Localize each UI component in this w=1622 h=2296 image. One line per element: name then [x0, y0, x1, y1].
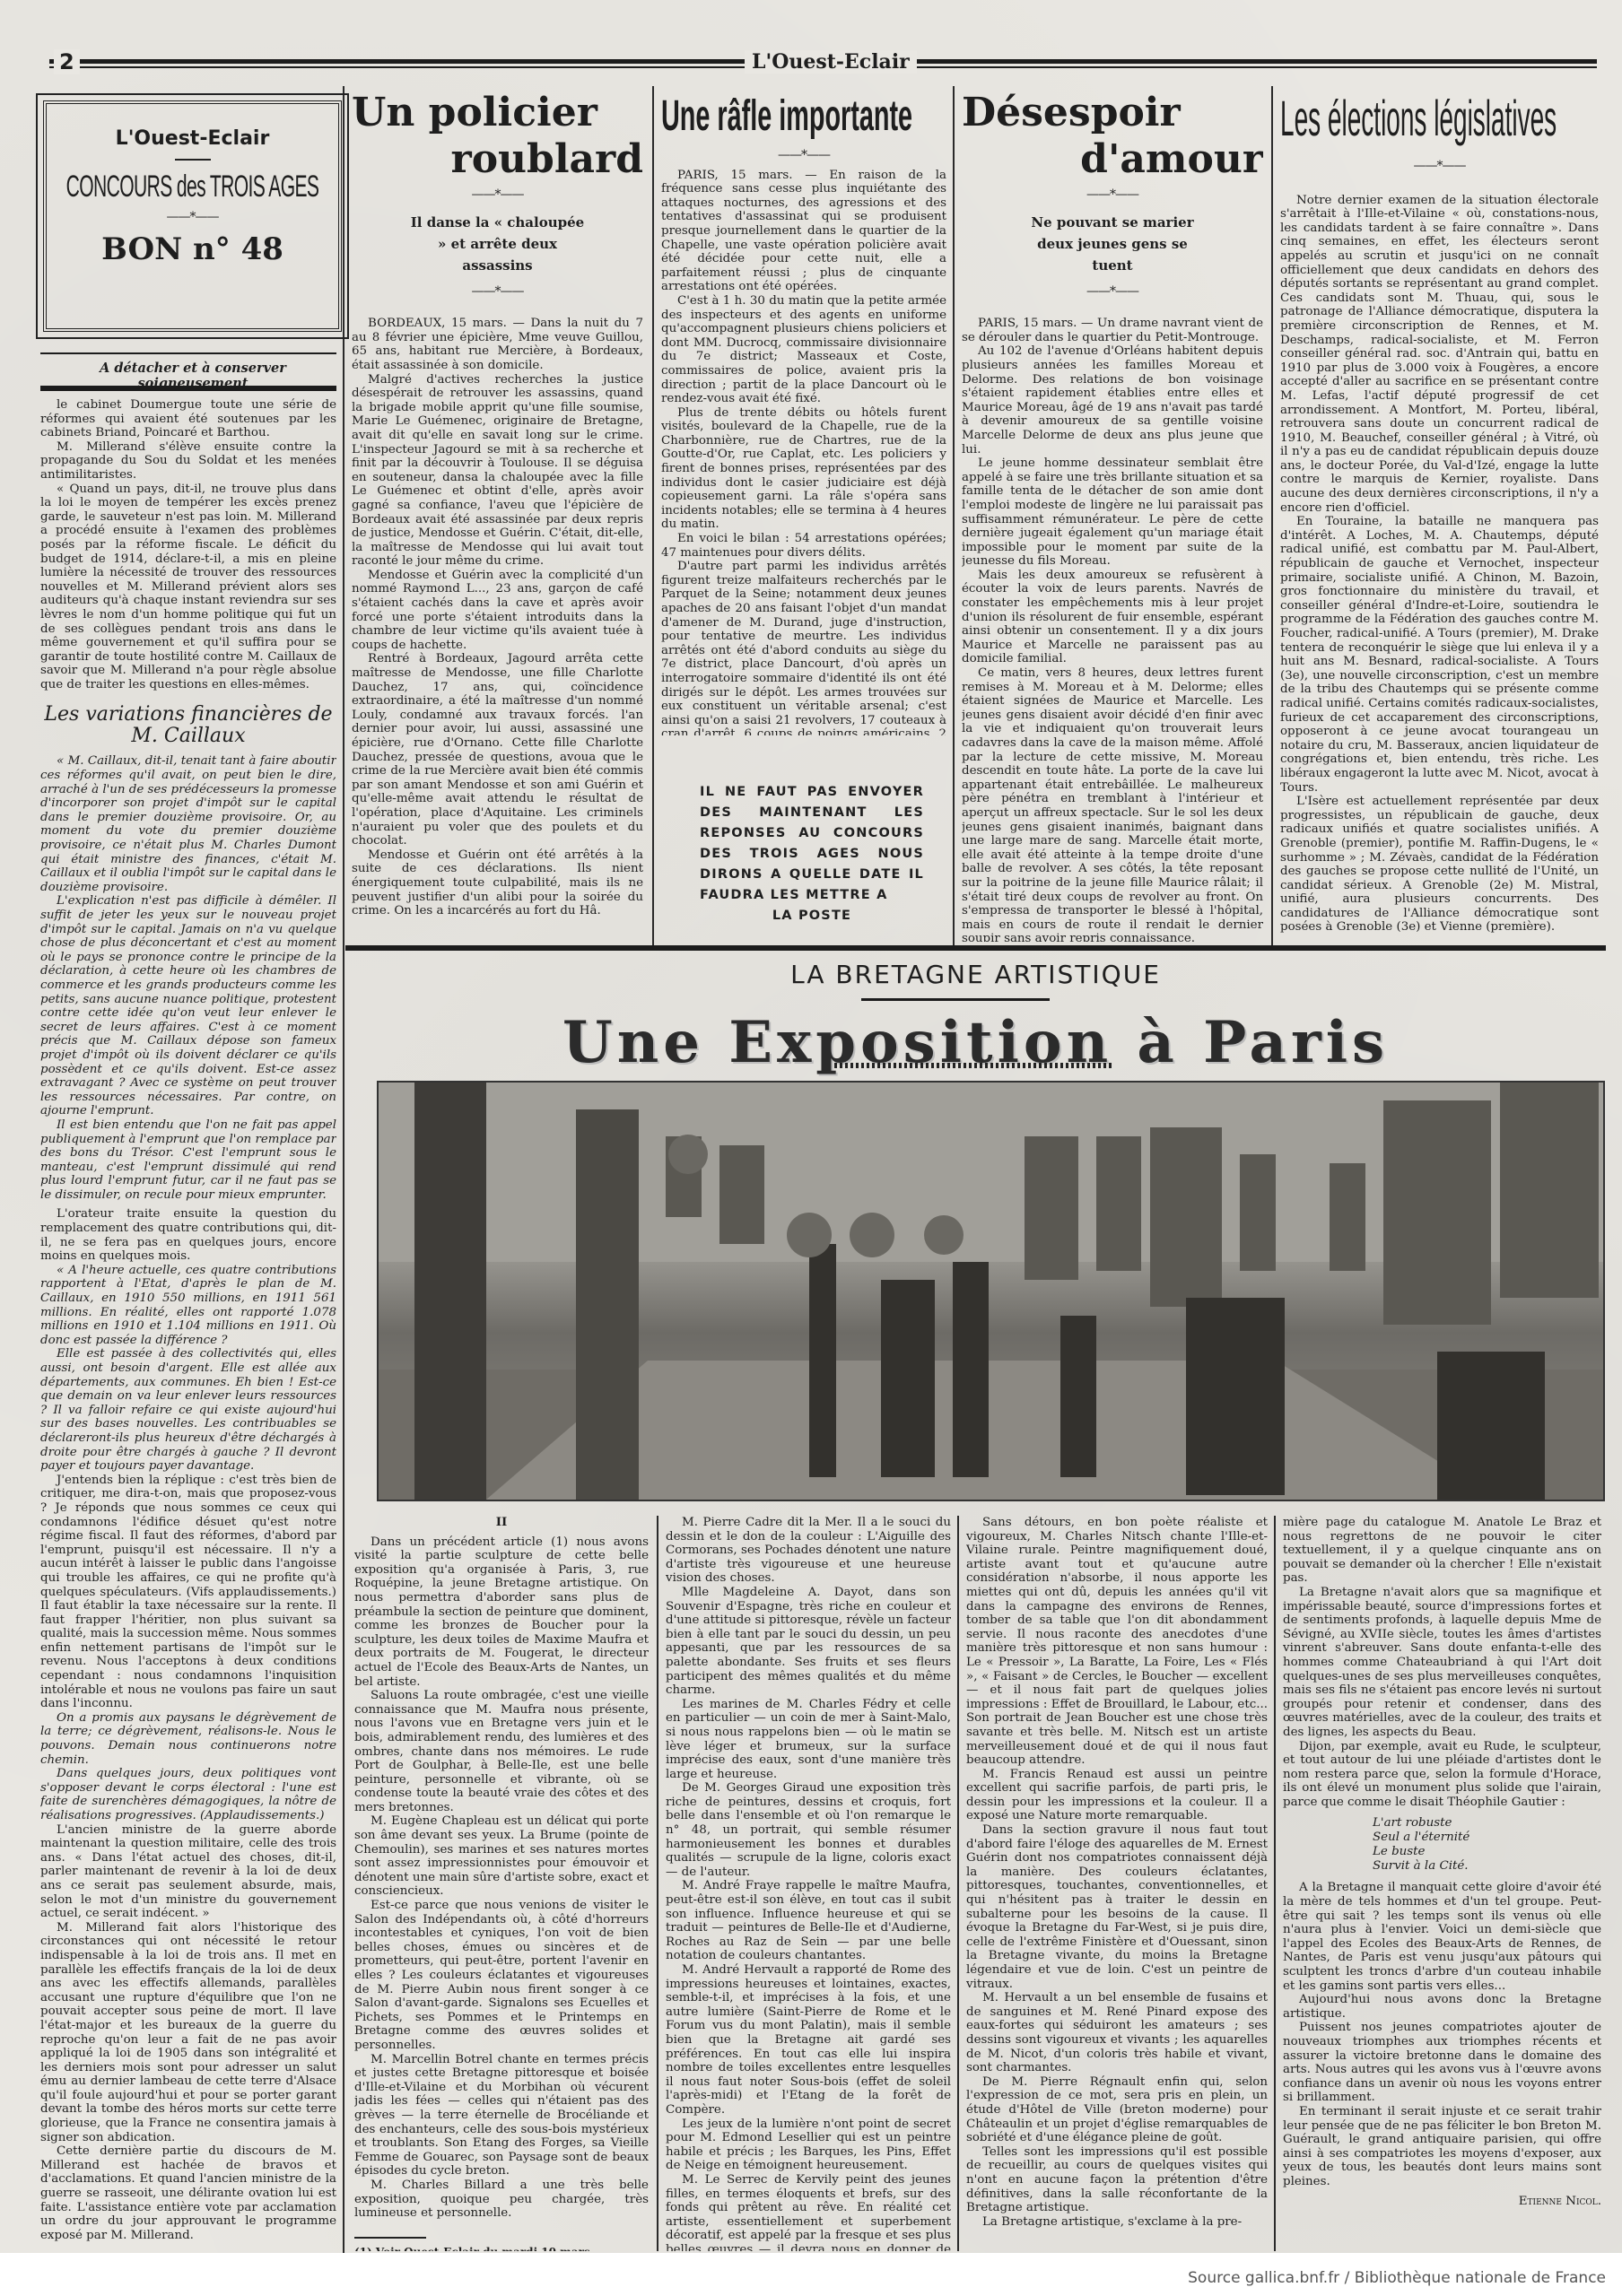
divider [40, 386, 336, 391]
coupon-number: BON n° 48 [47, 231, 338, 267]
paragraph: Sans détours, en bon poète réaliste et v… [966, 1516, 1268, 1768]
paragraph: BORDEAUX, 15 mars. — Dans la nuit du 7 a… [352, 317, 643, 372]
paragraph: mière page du catalogue M. Anatole Le Br… [1283, 1516, 1601, 1586]
notice-last-line: LA POSTE [700, 906, 924, 926]
column-rule [1271, 86, 1273, 947]
paragraph: C'est à 1 h. 30 du matin que la petite a… [661, 294, 946, 406]
notice-text: IL NE FAUT PAS ENVOYER DES MAINTENANT LE… [700, 785, 924, 902]
divider [175, 159, 211, 161]
contest-notice: IL NE FAUT PAS ENVOYER DES MAINTENANT LE… [700, 782, 924, 926]
paragraph: « Quand un pays, dit-il, ne trouve plus … [40, 483, 336, 692]
paragraph: M. Millerand fait alors l'historique des… [40, 1921, 336, 2145]
paragraph: Mendosse et Guérin ont été arrêtés à la … [352, 848, 643, 918]
paragraph: Le jeune homme dessinateur semblait être… [962, 457, 1263, 569]
headline-line2: d'amour [962, 136, 1263, 183]
star-divider: ——*—— [47, 210, 338, 224]
page-number: 2 [54, 49, 80, 74]
article-elections: Les élections législatives ——*—— Notre d… [1280, 90, 1599, 942]
source-credit: Source gallica.bnf.fr / Bibliothèque nat… [1188, 2269, 1606, 2287]
paragraph: Dans la section gravure il nous faut tou… [966, 1823, 1268, 1991]
paragraph: Les jeux de la lumière n'ont point de se… [666, 2118, 951, 2173]
paragraph: Rentré à Bordeaux, Jagourd arrêta cette … [352, 652, 643, 848]
star-divider: ——*—— [962, 285, 1263, 300]
paragraph: L'orateur traite ensuite la question du … [40, 1207, 336, 1263]
paragraph: le cabinet Doumergue toute une série de … [40, 398, 336, 440]
author-signature: Etienne Nicol. [1283, 2195, 1601, 2209]
bretagne-column-2: M. Pierre Cadre dit la Mer. Il a le souc… [666, 1516, 951, 2251]
subheadline: Il danse la « chaloupée » et arrête deux… [352, 212, 643, 276]
poem-line: Seul a l'éternité [1373, 1831, 1601, 1845]
poem-line: Le buste [1373, 1845, 1601, 1859]
paragraph: Mais les deux amoureux se refusèrent à é… [962, 569, 1263, 666]
column-rule [343, 86, 344, 2257]
left-column-article: le cabinet Doumergue toute une série de … [40, 398, 336, 2246]
section-kicker: LA BRETAGNE ARTISTIQUE [345, 960, 1606, 989]
section-numeral: II [354, 1516, 649, 1530]
headline-line1: Un policier [352, 90, 643, 136]
paragraph: « M. Caillaux, dit-il, tenait tant à fai… [40, 754, 336, 894]
footnote-rule [354, 2237, 426, 2239]
paragraph: Dijon, par exemple, avait eu Rude, le sc… [1283, 1740, 1601, 1810]
coupon-brand: L'Ouest-Eclair [47, 127, 338, 150]
article-policier: Un policier roublard ——*—— Il danse la «… [352, 90, 643, 942]
wavy-underline [834, 1063, 1112, 1068]
paragraph: Les marines de M. Charles Fédry et celle… [666, 1698, 951, 1782]
paragraph: Cette dernière partie du discours de M. … [40, 2144, 336, 2242]
kicker-underline [861, 998, 1050, 1001]
paragraph: Il est bien entendu que l'on ne fait pas… [40, 1118, 336, 1203]
paragraph: La Bretagne artistique, s'exclame à la p… [966, 2215, 1268, 2230]
paragraph: M. Hervault a un bel ensemble de fusains… [966, 1991, 1268, 2075]
paragraph: Est-ce parce que nous venions de visiter… [354, 1899, 649, 2053]
contest-coupon-box: L'Ouest-Eclair CONCOURS des TROIS AGES —… [43, 100, 342, 332]
footnote: (1) Voir Ouest-Eclair du mardi 10 mars. [354, 2246, 649, 2251]
paragraph: M. Francis Renaud est aussi un peintre e… [966, 1768, 1268, 1823]
paragraph: « A l'heure actuelle, ces quatre contrib… [40, 1264, 336, 1348]
paragraph: M. Marcellin Botrel chante en termes pré… [354, 2053, 649, 2179]
star-divider: ——*—— [1280, 160, 1599, 174]
paragraph: Mendosse et Guérin avec la complicité d'… [352, 569, 643, 653]
paragraph: Dans un précédent article (1) nous avons… [354, 1535, 649, 1690]
bretagne-column-3: Sans détours, en bon poète réaliste et v… [966, 1516, 1268, 2251]
paragraph: PARIS, 15 mars. — En raison de la fréque… [661, 169, 946, 294]
masthead: L'Ouest-Eclair [745, 50, 917, 74]
paragraph: M. Charles Billard a une très belle expo… [354, 2179, 649, 2221]
column-rule [652, 86, 654, 947]
source-footer: Source gallica.bnf.fr / Bibliothèque nat… [0, 2253, 1622, 2296]
divider [40, 352, 336, 354]
column-rule [957, 1516, 959, 2251]
poem-quote: L'art robuste Seul a l'éternité Le buste… [1373, 1816, 1601, 1874]
paragraph: La Bretagne n'avait alors que sa magnifi… [1283, 1586, 1601, 1740]
headline: Les élections législatives [1280, 90, 1440, 147]
paragraph: D'autre part parmi les individus arrêtés… [661, 560, 946, 735]
paragraph: Au 102 de l'avenue d'Orléans habitent de… [962, 344, 1263, 457]
headline-line2: roublard [352, 136, 643, 183]
paragraph: M. Eugène Chapleau est un délicat qui po… [354, 1814, 649, 1899]
bretagne-column-1: II Dans un précédent article (1) nous av… [354, 1516, 649, 2251]
paragraph: Saluons La route ombragée, c'est une vie… [354, 1689, 649, 1814]
column-rule [953, 86, 955, 947]
paragraph: Malgré d'actives recherches la justice d… [352, 373, 643, 569]
paragraph: Ce matin, vers 8 heures, deux lettres fu… [962, 666, 1263, 942]
exhibition-photo [377, 1081, 1605, 1501]
paragraph: Mlle Magdeleine A. Dayot, dans son Souve… [666, 1586, 951, 1698]
paragraph: Puissent nos jeunes compatriotes ajouter… [1283, 2021, 1601, 2105]
paragraph: M. Le Serrec de Kervily peint des jeunes… [666, 2173, 951, 2251]
paragraph: En voici le bilan : 54 arrestations opér… [661, 532, 946, 560]
poem-line: Survit à la Cité. [1373, 1859, 1601, 1874]
subheadline: Ne pouvant se marier deux jeunes gens se… [962, 212, 1263, 276]
exhibition-hall-image [379, 1083, 1603, 1500]
bretagne-column-4: mière page du catalogue M. Anatole Le Br… [1283, 1516, 1601, 2251]
paragraph: Notre dernier examen de la situation éle… [1280, 194, 1599, 516]
column-rule [657, 1516, 658, 2251]
paragraph: M. André Fraye rappelle le maître Maufra… [666, 1879, 951, 1963]
coupon-contest-name: CONCOURS des TROIS AGES [57, 170, 327, 204]
poem-line: L'art robuste [1373, 1816, 1601, 1831]
paragraph: A la Bretagne il manquait cette gloire d… [1283, 1881, 1601, 1993]
paragraph: En terminant il serait injuste et ce ser… [1283, 2105, 1601, 2189]
paragraph: Plus de trente débits ou hôtels furent v… [661, 406, 946, 532]
paragraph: M. Pierre Cadre dit la Mer. Il a le souc… [666, 1516, 951, 1586]
star-divider: ——*—— [352, 285, 643, 300]
paragraph: De M. Pierre Régnault enfin qui, selon l… [966, 2075, 1268, 2145]
paragraph: Elle est passée à des collectivités qui,… [40, 1347, 336, 1473]
paragraph: M. Millerand s'élève ensuite contre la p… [40, 440, 336, 483]
paragraph: PARIS, 15 mars. — Un drame navrant vient… [962, 317, 1263, 344]
subhead: Les variations financières de M. Caillau… [40, 704, 336, 747]
paragraph: On a promis aux paysans le dégrèvement d… [40, 1711, 336, 1767]
star-divider: ——*—— [352, 188, 643, 203]
paragraph: En Touraine, la bataille ne manquera pas… [1280, 515, 1599, 795]
star-divider: ——*—— [661, 149, 946, 163]
article-desespoir: Désespoir d'amour ——*—— Ne pouvant se ma… [962, 90, 1263, 942]
section-rule [345, 945, 1606, 951]
paragraph: De M. Georges Giraud une exposition très… [666, 1781, 951, 1879]
paragraph: L'explication n'est pas difficile à démê… [40, 894, 336, 1118]
column-rule [1274, 1516, 1276, 2251]
paragraph: Dans quelques jours, deux politiques von… [40, 1767, 336, 1822]
headline: Une râfle importante [661, 90, 833, 143]
paragraph: Telles sont les impressions qu'il est po… [966, 2145, 1268, 2215]
paragraph: M. André Hervault a rapporté de Rome des… [666, 1963, 951, 2118]
star-divider: ——*—— [962, 188, 1263, 203]
headline-line1: Désespoir [962, 90, 1263, 136]
paragraph: L'ancien ministre de la guerre aborde ma… [40, 1823, 336, 1921]
paragraph: Aujourd'hui nous avons donc la Bretagne … [1283, 1993, 1601, 2021]
article-rafle: Une râfle importante ——*—— PARIS, 15 mar… [661, 90, 946, 735]
paragraph: J'entends bien la réplique : c'est très … [40, 1474, 336, 1711]
paragraph: L'Isère est actuellement représentée par… [1280, 795, 1599, 935]
